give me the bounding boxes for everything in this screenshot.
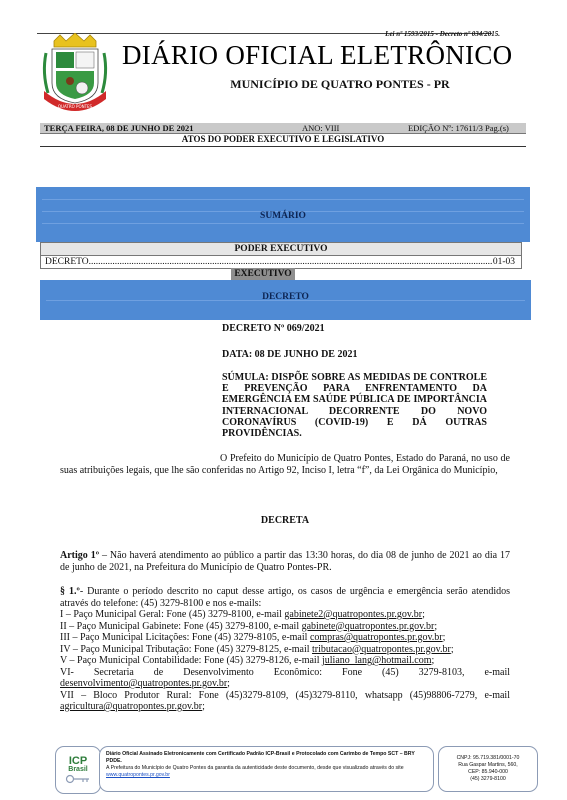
contact-item: V – Paço Municipal Contabilidade: Fone (… — [60, 655, 510, 667]
edition-info-bar: TERÇA FEIRA, 08 DE JUNHO DE 2021 ANO: VI… — [40, 123, 526, 134]
key-icon — [65, 774, 91, 784]
executive-label: EXECUTIVO — [231, 268, 295, 280]
edition-date: TERÇA FEIRA, 08 DE JUNHO DE 2021 — [44, 123, 193, 133]
municipal-crest-icon: QUATRO PONTES — [40, 33, 110, 113]
contact-email-link[interactable]: gabinete2@quatropontes.pr.gov.br — [284, 609, 422, 620]
decree-banner: DECRETO — [40, 280, 531, 320]
edition-year: ANO: VIII — [302, 123, 339, 133]
cep: CEP: 85.940-000 — [439, 769, 537, 776]
article-1-label: Artigo 1º — [60, 550, 99, 561]
summary-entry[interactable]: DECRETO ................................… — [41, 256, 521, 268]
summary-entry-pages: 01-03 — [493, 256, 515, 268]
article-1: Artigo 1º – Não haverá atendimento ao pú… — [60, 550, 510, 573]
article-1-text: – Não haverá atendimento ao público a pa… — [60, 550, 510, 573]
summary-entry-leader: ........................................… — [89, 256, 493, 268]
phone: (45) 3279-8100 — [439, 776, 537, 783]
paragraph-1-label: § 1.º — [60, 586, 80, 597]
svg-text:QUATRO PONTES: QUATRO PONTES — [58, 104, 93, 109]
contact-item: VI- Secretaria de Desenvolvimento Econôm… — [60, 667, 510, 690]
contact-email-link[interactable]: tributacao@quatropontes.pr.gov.br — [312, 644, 451, 655]
law-reference: Lei nº 1593/2015 - Decreto nº 034/2015. — [300, 30, 500, 38]
contact-item: II – Paço Municipal Gabinete: Fone (45) … — [60, 621, 510, 633]
summary-table: PODER EXECUTIVO DECRETO ................… — [40, 242, 522, 269]
decree-number: DECRETO Nº 069/2021 — [222, 323, 325, 334]
cnpj: CNPJ: 95.719.381/0001-70 — [439, 755, 537, 762]
paragraph-1-text: - Durante o período descrito no caput de… — [60, 586, 510, 609]
municipality-subtitle: MUNICÍPIO DE QUATRO PONTES - PR — [150, 77, 530, 92]
footer: ICP Brasil Diário Oficial Assinado Eletr… — [55, 746, 540, 794]
contact-email-link[interactable]: compras@quatropontes.pr.gov.br — [310, 632, 443, 643]
summary-banner: SUMÁRIO — [36, 187, 530, 242]
edition-pages: 1/3 Pag.(s) — [472, 123, 509, 133]
icp-brasil-logo: ICP Brasil — [55, 746, 101, 794]
contact-info: CNPJ: 95.719.381/0001-70 Rua Gaspar Mart… — [438, 746, 538, 792]
edition-number: EDIÇÃO Nº: 1761 — [408, 123, 473, 133]
address: Rua Gaspar Martins, 560, — [439, 762, 537, 769]
contact-email-link[interactable]: desenvolvimento@quatropontes.pr.gov.br — [60, 678, 227, 689]
contact-item: I – Paço Municipal Geral: Fone (45) 3279… — [60, 609, 510, 621]
summary-group-header: PODER EXECUTIVO — [41, 243, 521, 256]
decree-banner-title: DECRETO — [40, 292, 531, 302]
contact-email-link[interactable]: agricultura@quatropontes.pr.gov.br — [60, 701, 202, 712]
contact-email-link[interactable]: gabinete@quatropontes.pr.gov.br — [302, 621, 435, 632]
decree-date: DATA: 08 DE JUNHO DE 2021 — [222, 349, 357, 360]
paragraph-1: § 1.º- Durante o período descrito no cap… — [60, 586, 510, 713]
decree-preamble: O Prefeito do Município de Quatro Pontes… — [60, 453, 510, 476]
contact-email-link[interactable]: juliano_lang@hotmail.com — [322, 655, 431, 666]
summary-title: SUMÁRIO — [36, 211, 530, 221]
summary-entry-label: DECRETO — [45, 256, 89, 268]
signed-text: Diário Oficial Assinado Eletronicamente … — [106, 751, 427, 765]
contact-item: VII – Bloco Produtor Rural: Fone (45)327… — [60, 690, 510, 713]
decree-sumula: SÚMULA: DISPÕE SOBRE AS MEDIDAS DE CONTR… — [222, 372, 487, 439]
page-title: DIÁRIO OFICIAL ELETRÔNICO — [122, 40, 562, 71]
decreta-heading: DECRETA — [60, 515, 510, 526]
contact-item: III – Paço Municipal Licitações: Fone (4… — [60, 632, 510, 644]
contact-item: IV – Paço Municipal Tributação: Fone (45… — [60, 644, 510, 656]
section-heading: ATOS DO PODER EXECUTIVO E LEGISLATIVO — [40, 134, 526, 147]
guarantee-text: A Prefeitura do Município de Quatro Pont… — [106, 765, 404, 771]
site-link[interactable]: www.quatropontes.pr.gov.br — [106, 772, 170, 778]
signature-notice: Diário Oficial Assinado Eletronicamente … — [99, 746, 434, 792]
